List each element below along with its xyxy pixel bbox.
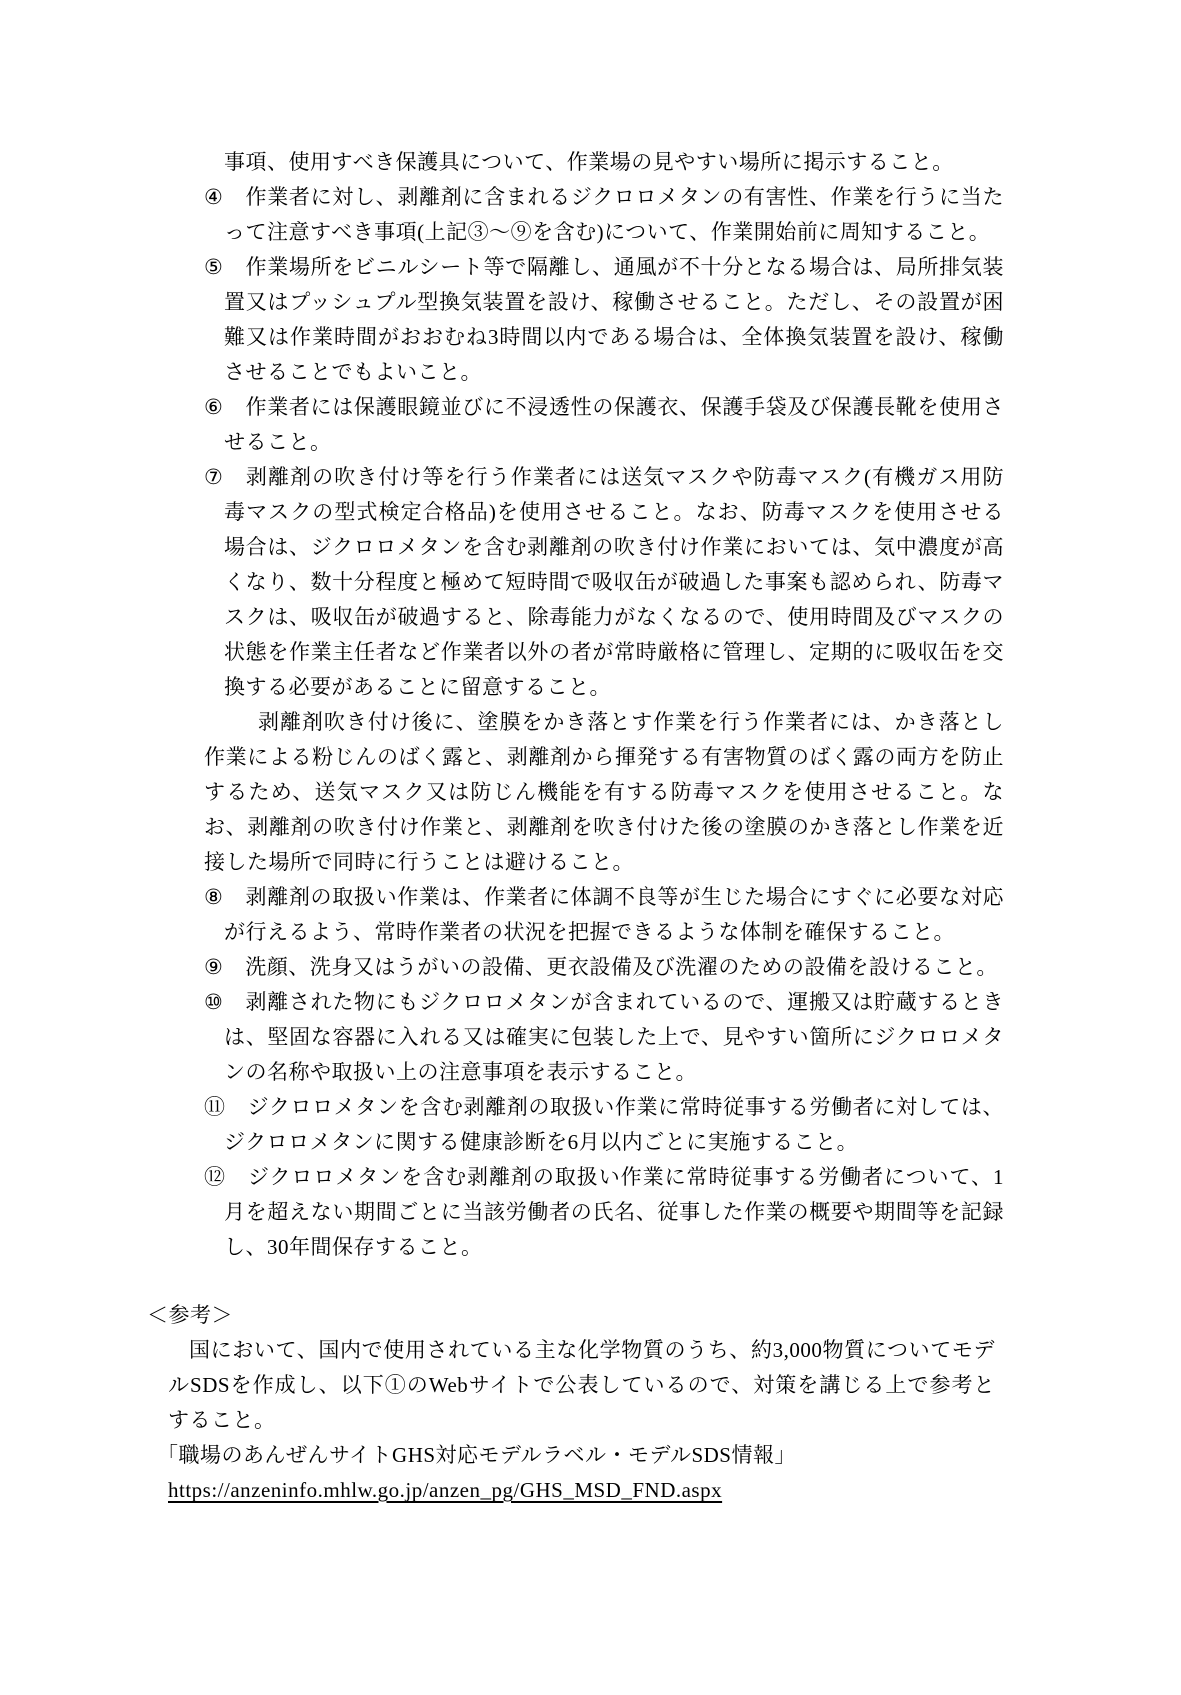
item-text: ジクロロメタンを含む剥離剤の取扱い作業に常時従事する労働者について、1月を超えな… [224,1165,1004,1259]
list-item-7: ⑦剥離剤の吹き付け等を行う作業者には送気マスクや防毒マスク(有機ガス用防毒マスク… [204,460,1004,705]
reference-block: ＜参考＞ 国において、国内で使用されている主な化学物質のうち、約3,000物質に… [147,1298,995,1508]
list-item-12: ⑫ジクロロメタンを含む剥離剤の取扱い作業に常時従事する労働者について、1月を超え… [204,1160,1004,1265]
list-item-10: ⑩剥離された物にもジクロロメタンが含まれているので、運搬又は貯蔵するときは、堅固… [204,985,1004,1090]
main-text-block: 事項、使用すべき保護具について、作業場の見やすい場所に掲示すること。 ④作業者に… [204,145,1004,1265]
item-number: ⑫ [204,1165,226,1189]
reference-site-title: 「職場のあんぜんサイトGHS対応モデルラベル・モデルSDS情報」 [147,1438,995,1473]
item-text: 剥離された物にもジクロロメタンが含まれているので、運搬又は貯蔵するときは、堅固な… [224,990,1004,1084]
item-number: ⑦ [204,465,224,489]
reference-url-link[interactable]: https://anzeninfo.mhlw.go.jp/anzen_pg/GH… [168,1478,722,1502]
reference-heading: ＜参考＞ [147,1298,995,1333]
item-text: 作業場所をビニルシート等で隔離し、通風が不十分となる場合は、局所排気装置又はプッ… [224,255,1004,384]
intro-continuation-line: 事項、使用すべき保護具について、作業場の見やすい場所に掲示すること。 [204,145,1004,180]
item-text: 作業者には保護眼鏡並びに不浸透性の保護衣、保護手袋及び保護長靴を使用させること。 [224,395,1004,454]
reference-url-line: https://anzeninfo.mhlw.go.jp/anzen_pg/GH… [147,1473,995,1508]
list-item-5: ⑤作業場所をビニルシート等で隔離し、通風が不十分となる場合は、局所排気装置又はプ… [204,250,1004,390]
item-text: ジクロロメタンを含む剥離剤の取扱い作業に常時従事する労働者に対しては、ジクロロメ… [224,1095,1004,1154]
list-item-9: ⑨洗顔、洗身又はうがいの設備、更衣設備及び洗濯のための設備を設けること。 [204,950,1004,985]
item-number: ⑩ [204,990,224,1014]
list-item-11: ⑪ジクロロメタンを含む剥離剤の取扱い作業に常時従事する労働者に対しては、ジクロロ… [204,1090,1004,1160]
list-item-4: ④作業者に対し、剥離剤に含まれるジクロロメタンの有害性、作業を行うに当たって注意… [204,180,1004,250]
reference-body: 国において、国内で使用されている主な化学物質のうち、約3,000物質についてモデ… [147,1333,995,1438]
item-number: ④ [204,185,224,209]
list-item-7-sub-paragraph: 剥離剤吹き付け後に、塗膜をかき落とす作業を行う作業者には、かき落とし作業による粉… [204,705,1004,880]
item-number: ⑤ [204,255,224,279]
item-text: 作業者に対し、剥離剤に含まれるジクロロメタンの有害性、作業を行うに当たって注意す… [224,185,1004,244]
item-number: ⑪ [204,1095,226,1119]
item-text: 剥離剤の取扱い作業は、作業者に体調不良等が生じた場合にすぐに必要な対応が行えるよ… [224,885,1004,944]
list-item-8: ⑧剥離剤の取扱い作業は、作業者に体調不良等が生じた場合にすぐに必要な対応が行える… [204,880,1004,950]
item-number: ⑧ [204,885,224,909]
item-number: ⑨ [204,955,223,979]
item-text: 剥離剤の吹き付け等を行う作業者には送気マスクや防毒マスク(有機ガス用防毒マスクの… [224,465,1004,699]
document-page: 事項、使用すべき保護具について、作業場の見やすい場所に掲示すること。 ④作業者に… [0,0,1181,1695]
item-text: 洗顔、洗身又はうがいの設備、更衣設備及び洗濯のための設備を設けること。 [245,955,998,979]
list-item-6: ⑥作業者には保護眼鏡並びに不浸透性の保護衣、保護手袋及び保護長靴を使用させること… [204,390,1004,460]
item-number: ⑥ [204,395,224,419]
